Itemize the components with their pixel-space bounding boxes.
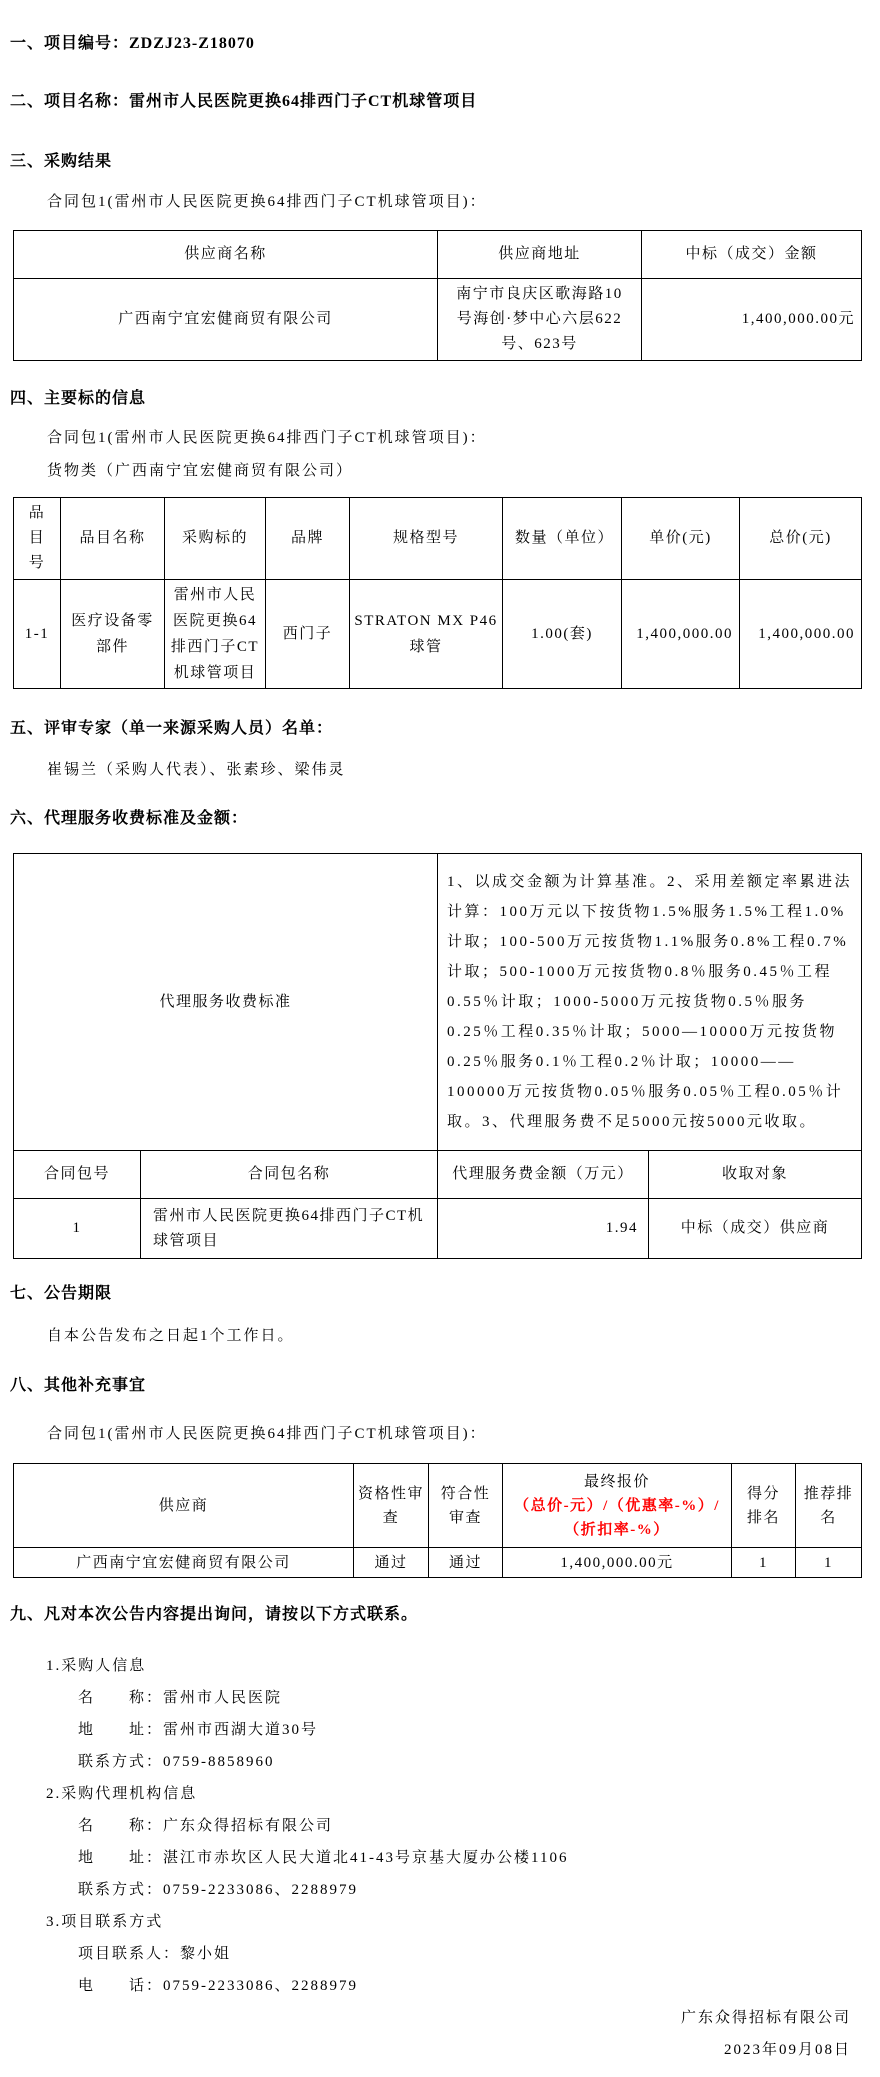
result-table-header-supplier-address: 供应商地址 bbox=[438, 231, 642, 279]
goods-category-line: 货物类（广西南宁宜宏健商贸有限公司） bbox=[10, 461, 861, 481]
review-table-row: 广西南宁宜宏健商贸有限公司 通过 通过 1,400,000.00元 1 1 bbox=[14, 1548, 862, 1578]
purchaser-phone-line: 联系方式：0759-8858960 bbox=[10, 1746, 861, 1778]
section-4-heading: 四、主要标的信息 bbox=[10, 389, 861, 409]
agency-address-line: 地 址：湛江市赤坎区人民大道北41-43号京基大厦办公楼1106 bbox=[10, 1842, 861, 1874]
fee-table-header-row: 合同包号 合同包名称 代理服务费金额（万元） 收取对象 bbox=[14, 1151, 862, 1199]
final-quote-cell: 1,400,000.00元 bbox=[503, 1548, 732, 1578]
contract-package-line-2: 合同包1(雷州市人民医院更换64排西门子CT机球管项目)： bbox=[10, 428, 861, 448]
experts-list: 崔锡兰（采购人代表）、张素珍、梁伟灵 bbox=[10, 760, 861, 780]
contract-package-line-3: 合同包1(雷州市人民医院更换64排西门子CT机球管项目)： bbox=[10, 1424, 861, 1444]
fee-table: 代理服务收费标准 1、以成交金额为计算基准。2、采用差额定率累进法计算：100万… bbox=[13, 853, 862, 1259]
supplier-name-cell: 广西南宁宜宏健商贸有限公司 bbox=[14, 279, 438, 361]
items-header-model: 规格型号 bbox=[350, 498, 503, 580]
item-unit-price-cell: 1,400,000.00 bbox=[622, 580, 740, 689]
fee-package-name-cell: 雷州市人民医院更换64排西门子CT机球管项目 bbox=[141, 1199, 438, 1259]
items-header-item-name: 品目名称 bbox=[61, 498, 165, 580]
items-table-header-row: 品目号 品目名称 采购标的 品牌 规格型号 数量（单位） 单价(元) 总价(元) bbox=[14, 498, 862, 580]
item-name-cell: 医疗设备零部件 bbox=[61, 580, 165, 689]
purchaser-name-line: 名 称：雷州市人民医院 bbox=[10, 1682, 861, 1714]
item-no-cell: 1-1 bbox=[14, 580, 61, 689]
project-contact-phone-line: 电 话：0759-2233086、2288979 bbox=[10, 1970, 861, 2002]
review-header-conformity: 符合性审查 bbox=[429, 1464, 503, 1548]
agency-phone-line: 联系方式：0759-2233086、2288979 bbox=[10, 1874, 861, 1906]
agency-info-title: 2.采购代理机构信息 bbox=[10, 1778, 861, 1810]
review-header-supplier: 供应商 bbox=[14, 1464, 354, 1548]
items-header-item-no: 品目号 bbox=[14, 498, 61, 580]
fee-standard-label-cell: 代理服务收费标准 bbox=[14, 854, 438, 1151]
item-model-cell: STRATON MX P46球管 bbox=[350, 580, 503, 689]
section-2-heading: 二、项目名称：雷州市人民医院更换64排西门子CT机球管项目 bbox=[10, 92, 861, 112]
fee-standard-row: 代理服务收费标准 1、以成交金额为计算基准。2、采用差额定率累进法计算：100万… bbox=[14, 854, 862, 1151]
contact-info: 1.采购人信息 名 称：雷州市人民医院 地 址：雷州市西湖大道30号 联系方式：… bbox=[10, 1650, 861, 2002]
conformity-result-cell: 通过 bbox=[429, 1548, 503, 1578]
result-table-header-award-amount: 中标（成交）金额 bbox=[642, 231, 862, 279]
footer-date: 2023年09月08日 bbox=[10, 2034, 861, 2066]
items-header-quantity: 数量（单位） bbox=[503, 498, 622, 580]
fee-amount-cell: 1.94 bbox=[438, 1199, 649, 1259]
item-quantity-cell: 1.00(套) bbox=[503, 580, 622, 689]
fee-table-row: 1 雷州市人民医院更换64排西门子CT机球管项目 1.94 中标（成交）供应商 bbox=[14, 1199, 862, 1259]
purchaser-address-line: 地 址：雷州市西湖大道30号 bbox=[10, 1714, 861, 1746]
review-header-recommend-rank: 推荐排名 bbox=[796, 1464, 862, 1548]
section-8-heading: 八、其他补充事宜 bbox=[10, 1376, 861, 1396]
project-contact-person-line: 项目联系人：黎小姐 bbox=[10, 1938, 861, 1970]
items-header-brand: 品牌 bbox=[266, 498, 350, 580]
items-table-row: 1-1 医疗设备零部件 雷州市人民医院更换64排西门子CT机球管项目 西门子 S… bbox=[14, 580, 862, 689]
section-1-heading: 一、项目编号：ZDZJ23-Z18070 bbox=[10, 34, 861, 54]
final-quote-header-black: 最终报价 bbox=[507, 1470, 727, 1494]
fee-package-no-cell: 1 bbox=[14, 1199, 141, 1259]
item-brand-cell: 西门子 bbox=[266, 580, 350, 689]
review-table: 供应商 资格性审查 符合性审查 最终报价 （总价-元）/（优惠率-%）/（折扣率… bbox=[13, 1463, 862, 1578]
result-table: 供应商名称 供应商地址 中标（成交）金额 广西南宁宜宏健商贸有限公司 南宁市良庆… bbox=[13, 230, 862, 361]
review-header-qualification: 资格性审查 bbox=[354, 1464, 429, 1548]
supplier-address-cell: 南宁市良庆区歌海路10号海创·梦中心六层622号、623号 bbox=[438, 279, 642, 361]
items-header-total-price: 总价(元) bbox=[740, 498, 862, 580]
fee-header-package-no: 合同包号 bbox=[14, 1151, 141, 1199]
item-subject-cell: 雷州市人民医院更换64排西门子CT机球管项目 bbox=[165, 580, 266, 689]
review-supplier-cell: 广西南宁宜宏健商贸有限公司 bbox=[14, 1548, 354, 1578]
award-amount-cell: 1,400,000.00元 bbox=[642, 279, 862, 361]
section-9-heading: 九、凡对本次公告内容提出询问，请按以下方式联系。 bbox=[10, 1605, 861, 1625]
footer-agency-name: 广东众得招标有限公司 bbox=[10, 2002, 861, 2034]
score-rank-cell: 1 bbox=[732, 1548, 796, 1578]
project-contact-title: 3.项目联系方式 bbox=[10, 1906, 861, 1938]
section-6-heading: 六、代理服务收费标准及金额： bbox=[10, 809, 861, 829]
qualification-result-cell: 通过 bbox=[354, 1548, 429, 1578]
fee-header-payer: 收取对象 bbox=[649, 1151, 862, 1199]
fee-standard-text-cell: 1、以成交金额为计算基准。2、采用差额定率累进法计算：100万元以下按货物1.5… bbox=[438, 854, 862, 1151]
items-header-unit-price: 单价(元) bbox=[622, 498, 740, 580]
review-table-header-row: 供应商 资格性审查 符合性审查 最终报价 （总价-元）/（优惠率-%）/（折扣率… bbox=[14, 1464, 862, 1548]
section-7-heading: 七、公告期限 bbox=[10, 1284, 861, 1304]
section-3-heading: 三、采购结果 bbox=[10, 152, 861, 172]
announcement-document: 一、项目编号：ZDZJ23-Z18070 二、项目名称：雷州市人民医院更换64排… bbox=[0, 0, 880, 2077]
result-table-row: 广西南宁宜宏健商贸有限公司 南宁市良庆区歌海路10号海创·梦中心六层622号、6… bbox=[14, 279, 862, 361]
items-table: 品目号 品目名称 采购标的 品牌 规格型号 数量（单位） 单价(元) 总价(元)… bbox=[13, 497, 862, 689]
result-table-header-row: 供应商名称 供应商地址 中标（成交）金额 bbox=[14, 231, 862, 279]
notice-period-text: 自本公告发布之日起1个工作日。 bbox=[10, 1326, 861, 1346]
result-table-header-supplier-name: 供应商名称 bbox=[14, 231, 438, 279]
recommend-rank-cell: 1 bbox=[796, 1548, 862, 1578]
review-header-final-quote: 最终报价 （总价-元）/（优惠率-%）/（折扣率-%） bbox=[503, 1464, 732, 1548]
final-quote-header-red: （总价-元）/（优惠率-%）/（折扣率-%） bbox=[507, 1494, 727, 1542]
fee-header-package-name: 合同包名称 bbox=[141, 1151, 438, 1199]
fee-payer-cell: 中标（成交）供应商 bbox=[649, 1199, 862, 1259]
section-5-heading: 五、评审专家（单一来源采购人员）名单： bbox=[10, 719, 861, 739]
item-total-price-cell: 1,400,000.00 bbox=[740, 580, 862, 689]
fee-header-fee-amount: 代理服务费金额（万元） bbox=[438, 1151, 649, 1199]
agency-name-line: 名 称：广东众得招标有限公司 bbox=[10, 1810, 861, 1842]
contract-package-line-1: 合同包1(雷州市人民医院更换64排西门子CT机球管项目)： bbox=[10, 192, 861, 212]
items-header-subject: 采购标的 bbox=[165, 498, 266, 580]
purchaser-info-title: 1.采购人信息 bbox=[10, 1650, 861, 1682]
review-header-score-rank: 得分排名 bbox=[732, 1464, 796, 1548]
